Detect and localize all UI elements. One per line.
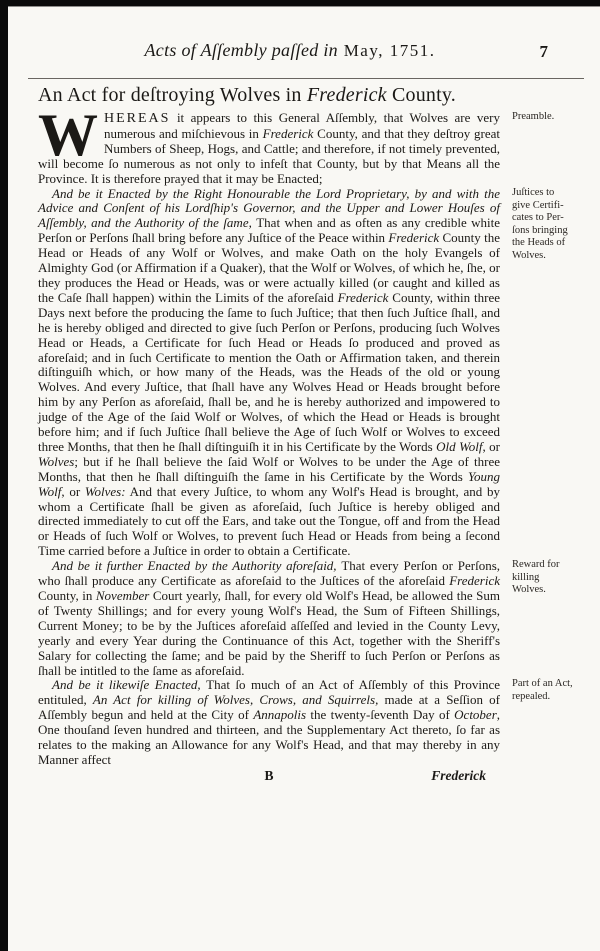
italic-text-run: October [454,707,497,722]
italic-text-run: An Act for killing of Wolves, Crows, and… [93,692,378,707]
italic-text-run: Frederick [449,573,500,588]
scan-left-edge [0,0,8,951]
paragraph-3: And be it further Enacted by the Authori… [38,559,500,678]
text-run: , or [61,484,85,499]
italic-text-run: November [96,588,149,603]
italic-text-run: Frederick [388,230,439,245]
paragraph-4: And be it likewiſe Enacted, That ſo much… [38,678,500,767]
paragraph-2: And be it Enacted by the Right Honourabl… [38,187,500,560]
italic-text-run: Wolves [38,454,74,469]
italic-text-run: And be it further Enacted by the Authori… [52,558,341,573]
text-run: County, within three Days next before th… [38,290,500,454]
text-run: the twenty-ſeventh Day of [306,707,454,722]
margin-note-4: Part of an Act, repealed. [512,678,573,703]
act-title: An Act for deſtroying Wolves in Frederic… [38,84,508,107]
scanned-document-page: Acts of Aſſembly paſſed in May, 1751. 7 … [0,0,600,951]
page-number: 7 [540,42,549,62]
body-text-column: WHEREAS it appears to this General Aſſem… [38,111,500,785]
running-header-title: Acts of Aſſembly paſſed in [145,40,338,60]
margin-note-2: Juſtices to give Certifi- cates to Per- … [512,187,568,262]
italic-text-run: Frederick [338,290,389,305]
paragraph-1: WHEREAS it appears to this General Aſſem… [38,111,500,187]
italic-text-run: Old Wolf [436,439,482,454]
italic-text-run: Wolves: [85,484,126,499]
italic-text-run: Frederick [307,84,387,106]
margin-note-3: Reward for killing Wolves. [512,559,560,597]
italic-text-run: And be it likewiſe Enacted, [52,677,206,692]
running-header-date: May, 1751. [338,41,436,60]
page-footer: BFrederick [38,769,500,785]
catchword: Frederick [431,769,486,784]
text-run: County. [387,84,456,106]
text-run: County, in [38,588,96,603]
running-header: Acts of Aſſembly paſſed in May, 1751. [60,40,520,61]
italic-text-run: Annapolis [253,707,306,722]
header-rule [28,78,584,79]
text-run: , or [482,439,500,454]
drop-cap: W [38,111,104,156]
text-run: ; but if he ſhall believe the ſaid Wolf … [38,454,500,484]
margin-note-1: Preamble. [512,111,554,124]
italic-text-run: Frederick [263,126,314,141]
scan-top-edge [0,0,600,6]
text-run: HEREAS [104,111,170,126]
